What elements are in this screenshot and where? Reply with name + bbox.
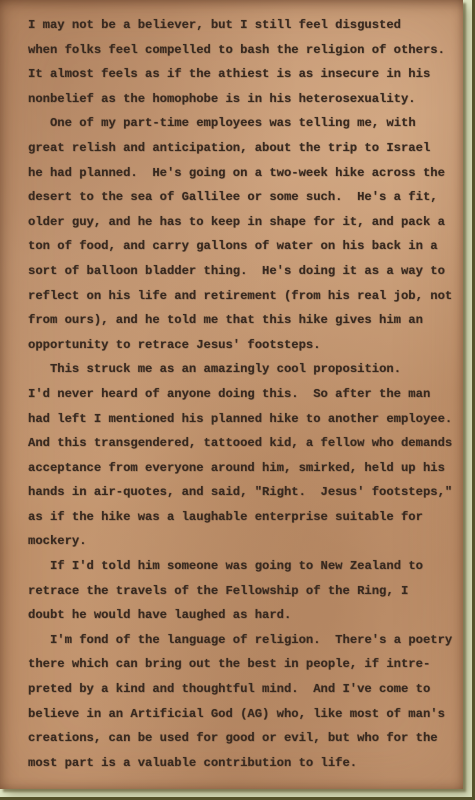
paragraph-2: One of my part-time employees was tellin… (28, 111, 460, 357)
page-text: I may not be a believer, but I still fee… (28, 13, 460, 775)
paragraph-5: I'm fond of the language of religion. Th… (28, 628, 460, 776)
paragraph-3: This struck me as an amazingly cool prop… (28, 357, 460, 554)
paragraph-4: If I'd told him someone was going to New… (28, 554, 460, 628)
scanned-document: I may not be a believer, but I still fee… (0, 0, 475, 800)
paragraph-1: I may not be a believer, but I still fee… (28, 13, 460, 111)
typewriter-paper: I may not be a believer, but I still fee… (0, 0, 463, 789)
